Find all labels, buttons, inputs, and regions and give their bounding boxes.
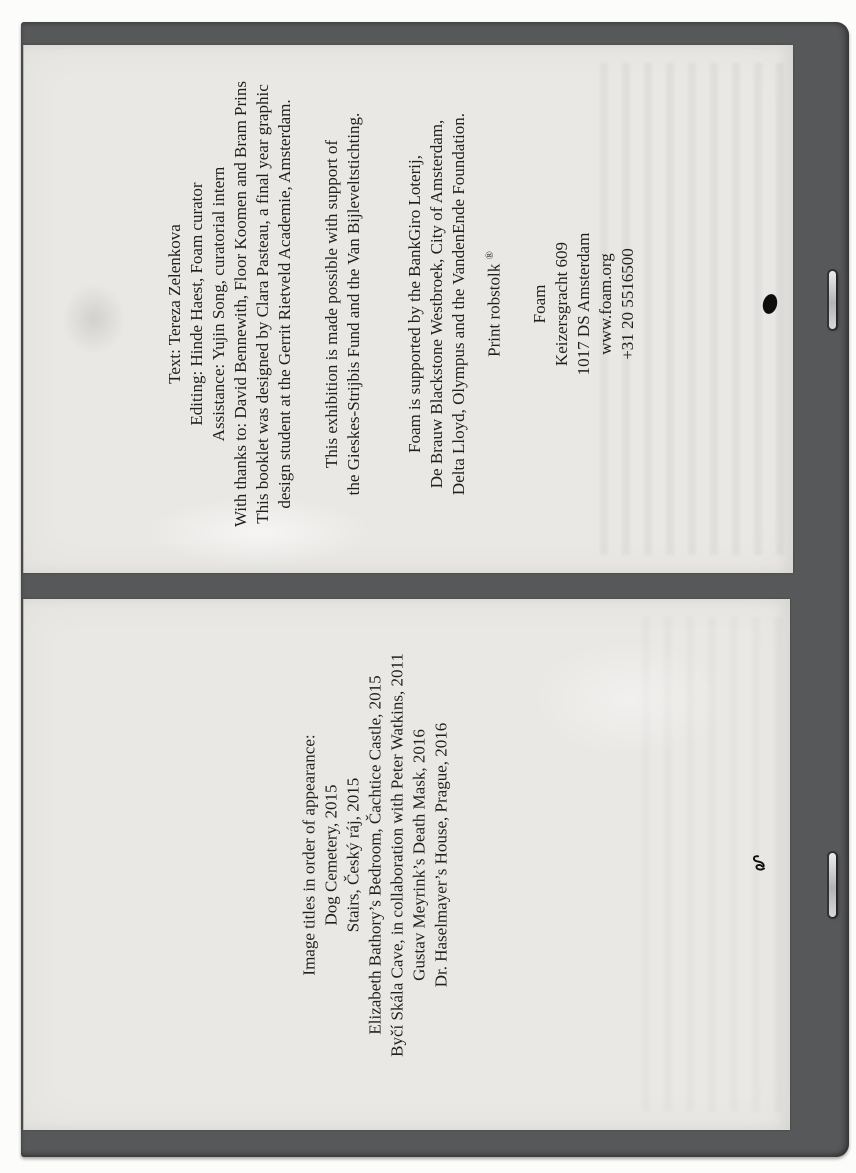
credit-line: This booklet was designed by Clara Paste… — [252, 45, 274, 563]
address-block: Foam Keizersgracht 609 1017 DS Amsterdam… — [528, 45, 638, 563]
image-titles-text-block: Image titles in order of appearance: Dog… — [23, 599, 792, 1130]
address-line: www.foam.org — [594, 45, 616, 563]
registered-mark-icon: ® — [484, 251, 496, 259]
colophon-page: Text: Tereza Zelenkova Editing: Hinde Ha… — [23, 45, 793, 573]
photo-backdrop: Text: Tereza Zelenkova Editing: Hinde Ha… — [0, 0, 856, 1173]
support-line: the Gieskes-Strijbis Fund and the Van Bi… — [343, 45, 365, 563]
staple-top — [829, 271, 836, 329]
credit-line: Editing: Hinde Haest, Foam curator — [186, 45, 208, 563]
credit-line: Text: Tereza Zelenkova — [164, 45, 186, 563]
address-line: Keizersgracht 609 — [550, 45, 572, 563]
sponsor-line: Delta Lloyd, Olympus and the VandenEnde … — [448, 45, 470, 563]
staple-bottom — [829, 853, 836, 917]
image-title-line: Byčí Skála Cave, in collaboration with P… — [387, 599, 409, 1110]
ink-dot-mark — [760, 293, 778, 316]
image-title-line: Elizabeth Bathory’s Bedroom, Čachtice Ca… — [365, 599, 387, 1110]
foam-support-block: Foam is supported by the BankGiro Loteri… — [404, 45, 470, 563]
exhibition-support-block: This exhibition is made possible with su… — [321, 45, 365, 563]
sponsor-line: Foam is supported by the BankGiro Loteri… — [404, 45, 426, 563]
printer-line: Print robstolk ® — [479, 45, 506, 563]
credit-line: With thanks to: David Bennewith, Floor K… — [230, 45, 252, 563]
address-line: Foam — [528, 45, 550, 563]
booklet-cover: Text: Tereza Zelenkova Editing: Hinde Ha… — [21, 22, 849, 1157]
titles-heading: Image titles in order of appearance: — [299, 599, 321, 1110]
image-titles-page: Image titles in order of appearance: Dog… — [23, 599, 790, 1130]
colophon-text-block: Text: Tereza Zelenkova Editing: Hinde Ha… — [24, 45, 794, 573]
address-line: +31 20 5516500 — [616, 45, 638, 563]
credit-line: design student at the Gerrit Rietveld Ac… — [274, 45, 296, 563]
credits-block: Text: Tereza Zelenkova Editing: Hinde Ha… — [164, 45, 296, 563]
snake-squiggle-icon — [750, 853, 772, 871]
image-title-line: Gustav Meyrink’s Death Mask, 2016 — [409, 599, 431, 1110]
image-title-line: Dr. Haselmayer’s House, Prague, 2016 — [431, 599, 453, 1110]
printer-name: Print robstolk — [484, 264, 503, 357]
sponsor-line: De Brauw Blackstone Westbroek, City of A… — [426, 45, 448, 563]
address-line: 1017 DS Amsterdam — [572, 45, 594, 563]
image-title-line: Dog Cemetery, 2015 — [321, 599, 343, 1110]
support-line: This exhibition is made possible with su… — [321, 45, 343, 563]
credit-line: Assistance: Yujin Song, curatorial inter… — [208, 45, 230, 563]
image-title-line: Stairs, Český ráj, 2015 — [343, 599, 365, 1110]
